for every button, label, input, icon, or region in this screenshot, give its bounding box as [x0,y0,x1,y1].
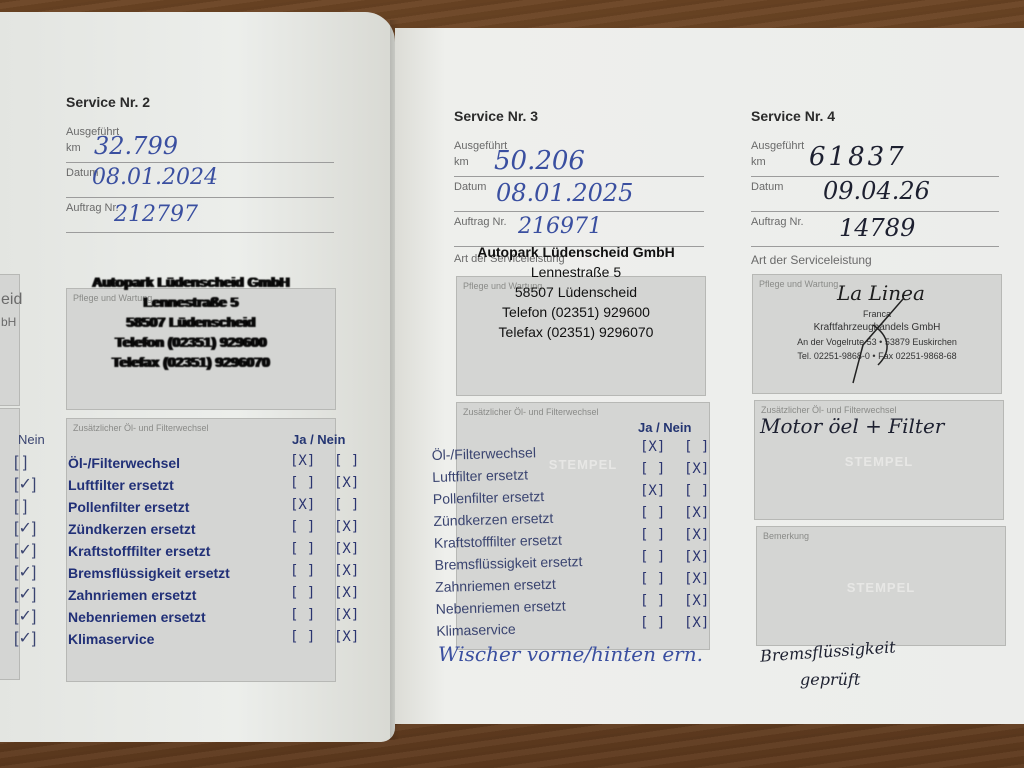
service-4-remark-box: Bemerkung STEMPEL [756,526,1006,646]
order-label: Auftrag Nr. [66,202,119,214]
nein-checkbox: [ ] [334,494,359,516]
ja-checkbox: [ ] [290,538,315,560]
checklist-item: Bremsflüssigkeit ersetzt [434,550,582,576]
date-label: Datum [751,181,783,193]
km-value: 32.799 [94,132,178,160]
checkmark-box: [✓] [14,606,36,628]
stamp-line: Telefon (02351) 929600 [436,302,716,322]
ja-checkbox: [ ] [290,604,315,626]
ja-checkbox: [ ] [290,560,315,582]
date-field: Datum 08.01.2025 [454,177,704,212]
signature-icon [833,295,923,385]
handwritten-note: Wischer vorne/hinten ern. [438,642,703,666]
ja-checkbox: [X] [290,494,315,516]
ja-checkbox: [X] [290,450,315,472]
km-label: km [454,156,469,168]
ja-column: [X][ ][X][ ][ ][ ][ ][ ][ ] [290,450,315,648]
nein-checkbox: [X] [334,626,359,648]
checklist-item: Klimaservice [436,616,584,642]
box-caption: Zusätzlicher Öl- und Filterwechsel [463,407,599,417]
ja-checkbox: [ ] [640,546,665,568]
checklist-item: Bremsflüssigkeit ersetzt [68,562,230,584]
nein-checkbox: [ ] [684,436,709,458]
order-value: 212797 [114,202,198,227]
dealer-stamp: Autopark Lüdenscheid GmbH Lennestraße 5 … [46,272,336,372]
km-value: 50.206 [494,146,585,176]
nein-checkbox: [X] [334,538,359,560]
checklist-item: Nebenriemen ersetzt [435,594,583,620]
checklist-item: Zündkerzen ersetzt [68,518,230,540]
km-field: km 50.206 [454,152,704,177]
checkmark-box: [✓] [14,562,36,584]
stamp-line: Telefax (02351) 9296070 [436,322,716,342]
stamp-placeholder: STEMPEL [757,580,1005,595]
stamp-line: 58507 Lüdenscheid [46,312,336,332]
service-title: Service Nr. 4 [751,108,999,124]
box-caption: Pflege und Wartung [759,279,838,289]
date-value: 09.04.26 [823,177,930,205]
stamp-line: Telefax (02351) 9296070 [46,352,336,372]
stamp-line: Telefon (02351) 929600 [46,332,336,352]
checklist-labels: Öl-/FilterwechselLuftfilter ersetztPolle… [431,440,584,642]
ja-checkbox: [X] [640,436,665,458]
nein-checkbox: [X] [334,582,359,604]
ja-checkbox: [ ] [290,516,315,538]
ja-checkbox: [ ] [640,458,665,480]
order-label: Auftrag Nr. [751,216,804,228]
checklist-item: Nebenriemen ersetzt [68,606,230,628]
checklist-item: Zahnriemen ersetzt [68,584,230,606]
yes-no-header: Ja / Nein [292,432,345,447]
checkmark-box: [✓] [14,628,36,650]
stamp-line: Lennestraße 5 [436,262,716,282]
nein-checkbox: [X] [684,502,709,524]
stamp-line: Autopark Lüdenscheid GmbH [46,272,336,292]
order-value: 14789 [839,214,915,242]
order-value: 216971 [518,214,602,239]
handwritten-remark: geprüft [800,670,860,689]
ja-checkbox: [X] [640,480,665,502]
checklist-labels: Öl-/FilterwechselLuftfilter ersetztPolle… [68,452,230,650]
nein-checkbox: [X] [334,516,359,538]
nein-checkbox: [X] [684,458,709,480]
km-field: km 32.799 [66,138,334,163]
service-type-label: Art der Serviceleistung [751,253,999,267]
ja-checkbox: [ ] [640,590,665,612]
stamp-placeholder: STEMPEL [755,454,1003,469]
stamp-fragment: bH [1,315,16,329]
checklist-item: Luftfilter ersetzt [68,474,230,496]
nein-checkbox: [X] [684,612,709,634]
order-field: Auftrag Nr. 14789 [751,212,999,247]
checklist-item: Klimaservice [68,628,230,650]
checkmark-box: [ ] [14,452,36,474]
ja-column: [X][ ][X][ ][ ][ ][ ][ ][ ] [640,436,665,634]
nein-checkbox: [X] [684,524,709,546]
ja-checkbox: [ ] [290,582,315,604]
order-field: Auftrag Nr. 212797 [66,198,334,233]
checkmark-box: [✓] [14,584,36,606]
service-4-stamp-box: Pflege und Wartung La Linea Franca Kraft… [752,274,1002,394]
yes-no-header: Ja / Nein [638,420,691,435]
checkmark-box: [✓] [14,474,36,496]
checkmark-box: [✓] [14,518,36,540]
date-value: 08.01.2025 [496,179,633,207]
ja-checkbox: [ ] [640,502,665,524]
nein-checkbox: [X] [334,472,359,494]
km-label: km [66,142,81,154]
date-field: Datum 09.04.26 [751,177,999,212]
km-field: km 61837 [751,152,999,177]
stamp-line: Lennestraße 5 [46,292,336,312]
nein-checkbox: [X] [684,568,709,590]
prev-no-header: Nein [18,432,45,447]
checklist-item: Öl-/Filterwechsel [68,452,230,474]
left-page: eid bH Nein [ ][✓][ ][✓][✓][✓][✓][✓][✓] … [0,12,395,742]
prev-stamp-box-fragment: eid bH [0,274,20,406]
box-caption: Zusätzlicher Öl- und Filterwechsel [73,423,209,433]
nein-checkbox: [X] [684,590,709,612]
checklist-item: Pollenfilter ersetzt [68,496,230,518]
dealer-stamp: Autopark Lüdenscheid GmbH Lennestraße 5 … [436,242,716,342]
checkmark-box: [✓] [14,540,36,562]
date-value: 08.01.2024 [92,165,218,190]
stamp-fragment: eid [1,291,22,309]
handwritten-extra-note: Motor öel + Filter [760,414,944,438]
ja-checkbox: [ ] [640,612,665,634]
km-label: km [751,156,766,168]
nein-column: [ ][X][ ][X][X][X][X][X][X] [334,450,359,648]
ja-checkbox: [ ] [290,472,315,494]
nein-checkbox: [ ] [684,480,709,502]
ja-checkbox: [ ] [640,524,665,546]
prev-checkmarks: [ ][✓][ ][✓][✓][✓][✓][✓][✓] [14,452,36,650]
order-label: Auftrag Nr. [454,216,507,228]
stamp-line: 58507 Lüdenscheid [436,282,716,302]
service-title: Service Nr. 3 [454,108,704,124]
box-caption: Bemerkung [763,531,809,541]
checklist-item: Kraftstofffilter ersetzt [68,540,230,562]
nein-checkbox: [X] [334,560,359,582]
service-2-column: Service Nr. 2 Ausgeführt km 32.799 Datum… [66,94,334,233]
nein-checkbox: [X] [684,546,709,568]
nein-column: [ ][X][ ][X][X][X][X][X][X] [684,436,709,634]
nein-checkbox: [X] [334,604,359,626]
date-label: Datum [454,181,486,193]
checkmark-box: [ ] [14,496,36,518]
ja-checkbox: [ ] [290,626,315,648]
km-value: 61837 [809,142,907,172]
service-4-column: Service Nr. 4 Ausgeführt km 61837 Datum … [751,108,999,267]
nein-checkbox: [ ] [334,450,359,472]
date-field: Datum 08.01.2024 [66,163,334,198]
stamp-line: Autopark Lüdenscheid GmbH [436,242,716,262]
service-title: Service Nr. 2 [66,94,334,110]
ja-checkbox: [ ] [640,568,665,590]
